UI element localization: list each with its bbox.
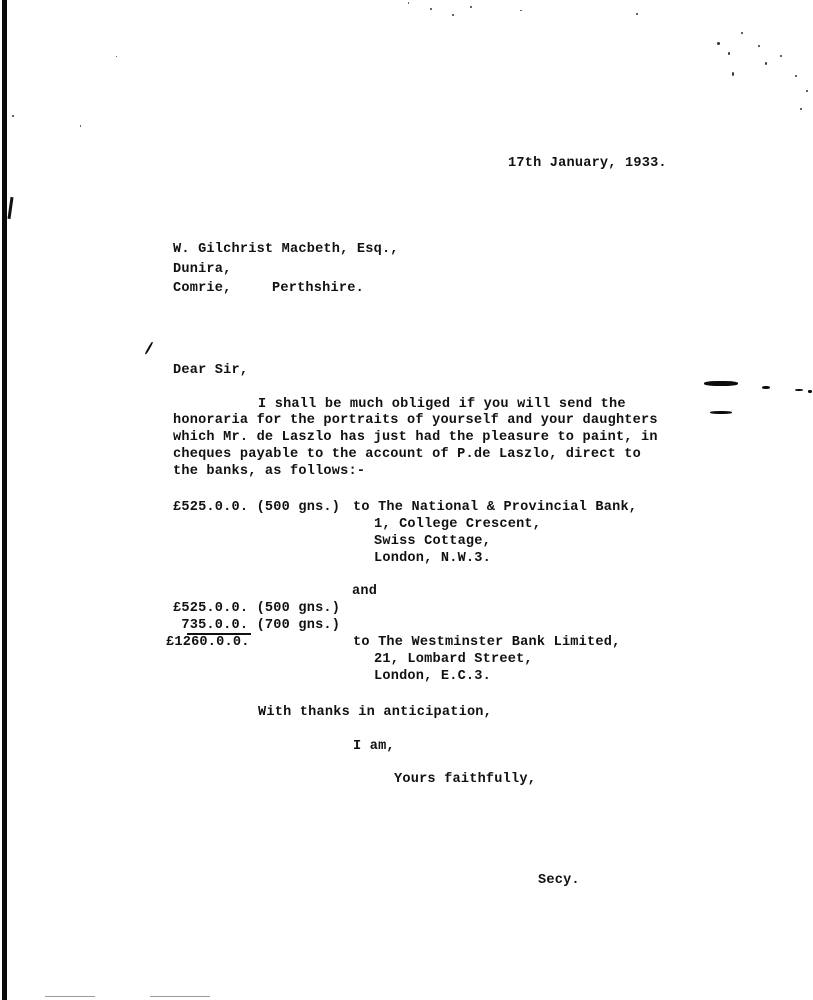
payment-2-bank: to The Westminster Bank Limited, [353, 636, 620, 650]
scan-speckle [795, 75, 797, 77]
payment-2-to-label: to [353, 635, 370, 650]
payment-1-bank-name: The National & Provincial Bank, [378, 500, 637, 515]
margin-mark [710, 411, 732, 414]
scan-left-edge [2, 0, 7, 1000]
margin-mark [808, 390, 812, 393]
payment-1-address-line: 1, College Crescent, [374, 518, 541, 532]
payment-2-amount-line: 735.0.0. (700 gns.) [173, 619, 340, 633]
scan-speckle [765, 62, 767, 65]
scan-speckle [636, 13, 638, 15]
scan-speckle [520, 10, 522, 11]
recipient-name: W. Gilchrist Macbeth, Esq., [173, 243, 399, 257]
salutation: Dear Sir, [173, 364, 248, 378]
scan-artifact [45, 996, 95, 997]
scan-speckle [732, 72, 734, 76]
scan-speckle [800, 108, 802, 110]
payment-1-address-line: London, N.W.3. [374, 552, 491, 566]
margin-mark [704, 381, 738, 386]
conjunction: and [352, 585, 377, 599]
valediction: Yours faithfully, [394, 773, 536, 787]
scan-speckle [780, 55, 782, 57]
body-line: which Mr. de Laszlo has just had the ple… [173, 431, 658, 445]
body-line: honoraria for the portraits of yourself … [173, 414, 658, 428]
payment-2-address-line: 21, Lombard Street, [374, 653, 533, 667]
payment-2-address-line: London, E.C.3. [374, 670, 491, 684]
recipient-address-line: Dunira, [173, 263, 232, 277]
letter-date: 17th January, 1933. [508, 157, 667, 171]
letter-page: 17th January, 1933. W. Gilchrist Macbeth… [0, 0, 813, 1000]
scan-speckle [408, 2, 409, 4]
payment-1-address-line: Swiss Cottage, [374, 535, 491, 549]
closing-line: With thanks in anticipation, [258, 706, 492, 720]
closing-line: I am, [353, 740, 395, 754]
recipient-town: Comrie, [173, 282, 232, 296]
pen-mark [145, 342, 153, 355]
scan-speckle [452, 14, 454, 16]
margin-mark [795, 389, 803, 391]
payment-2-amount-line: £525.0.0. (500 gns.) [173, 602, 340, 616]
scan-edge-mark [7, 197, 13, 219]
payment-1-to-label: to [353, 500, 370, 515]
scan-speckle [741, 32, 743, 34]
scan-speckle [470, 6, 472, 8]
payment-2-total: £1260.0.0. [166, 636, 250, 650]
scan-speckle [430, 8, 432, 10]
payment-1-bank: to The National & Provincial Bank, [353, 501, 637, 515]
scan-speckle [717, 42, 720, 45]
body-line: I shall be much obliged if you will send… [258, 398, 626, 412]
payment-1-amount: £525.0.0. (500 gns.) [173, 501, 340, 515]
margin-mark [762, 386, 770, 389]
scan-speckle [758, 45, 760, 47]
payment-2-bank-name: The Westminster Bank Limited, [378, 635, 620, 650]
body-line: the banks, as follows:- [173, 465, 365, 479]
scan-speckle [12, 115, 14, 117]
scan-speckle [728, 52, 730, 55]
scan-speckle [806, 90, 808, 92]
recipient-county: Perthshire. [272, 282, 364, 296]
scan-speckle [116, 56, 117, 57]
scan-artifact [150, 996, 210, 997]
signature: Secy. [538, 874, 580, 888]
body-line: cheques payable to the account of P.de L… [173, 448, 641, 462]
scan-speckle [80, 125, 81, 127]
